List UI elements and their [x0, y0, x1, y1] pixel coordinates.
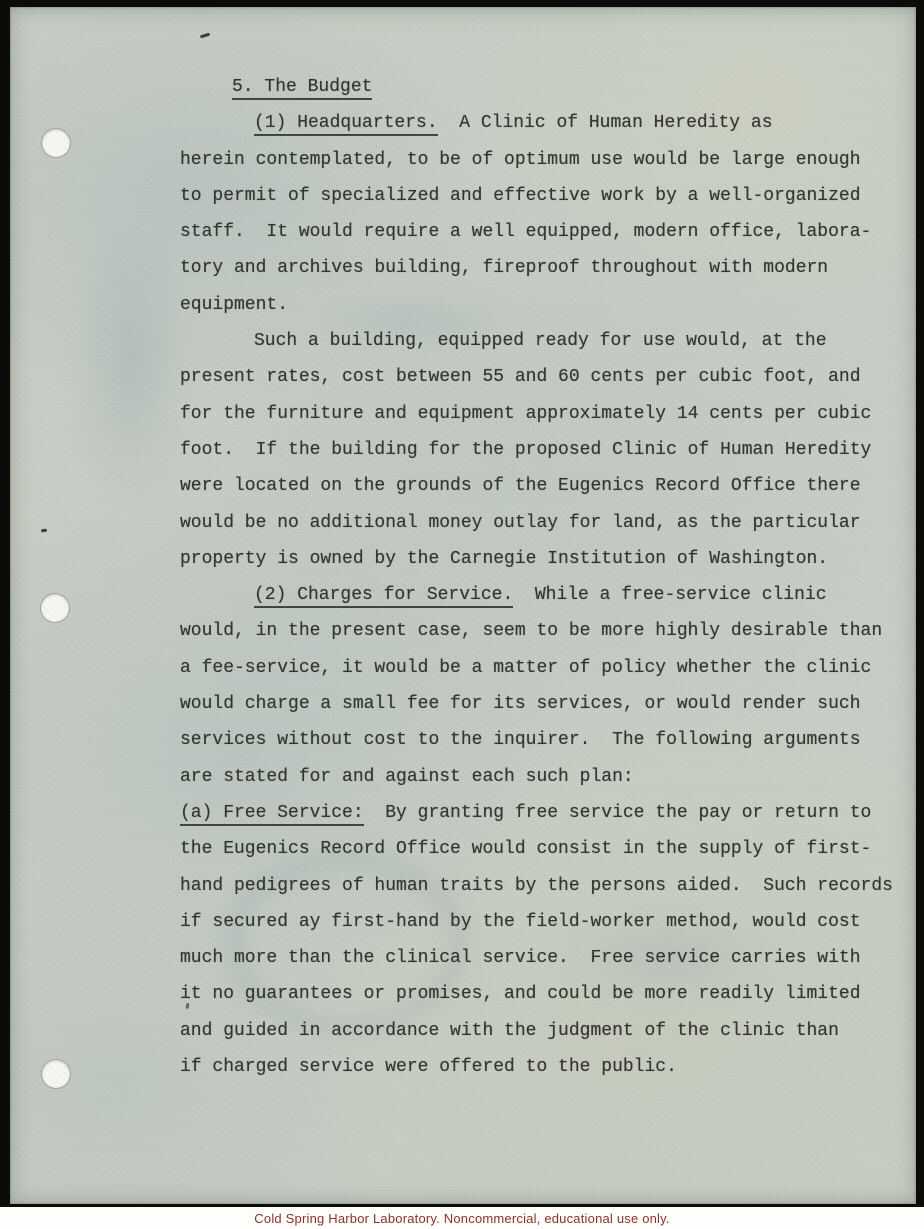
typed-line: for the furniture and equipment approxim… — [180, 396, 916, 432]
typed-line: would, in the present case, seem to be m… — [180, 613, 916, 649]
typed-line: equipment. — [180, 287, 916, 323]
underlined-heading: (1) Headquarters. — [254, 113, 438, 136]
typed-line: were located on the grounds of the Eugen… — [180, 468, 916, 504]
typed-line: staff. It would require a well equipped,… — [180, 214, 916, 250]
ink-speck — [200, 33, 210, 39]
typed-line: if charged service were offered to the p… — [180, 1049, 916, 1085]
typed-line: herein contemplated, to be of optimum us… — [180, 142, 916, 178]
typed-line: if secured ay first-hand by the field-wo… — [180, 904, 916, 940]
typed-line: services without cost to the inquirer. T… — [180, 722, 916, 758]
typed-line: property is owned by the Carnegie Instit… — [180, 541, 916, 577]
typed-line: Such a building, equipped ready for use … — [254, 323, 916, 359]
attribution-strip: Cold Spring Harbor Laboratory. Noncommer… — [0, 1207, 924, 1229]
underlined-heading: (a) Free Service: — [180, 803, 364, 826]
hole-punch — [42, 129, 70, 157]
scanned-page: 5. The Budget(1) Headquarters. A Clinic … — [10, 7, 916, 1204]
typed-line: (2) Charges for Service. While a free-se… — [254, 577, 916, 613]
typewritten-text-block: 5. The Budget(1) Headquarters. A Clinic … — [180, 69, 916, 1085]
ink-speck — [41, 529, 47, 533]
hole-punch — [42, 1060, 70, 1088]
underlined-heading: 5. The Budget — [232, 77, 372, 100]
typed-line: tory and archives building, fireproof th… — [180, 250, 916, 286]
typed-line: 5. The Budget — [232, 69, 916, 105]
typed-line: present rates, cost between 55 and 60 ce… — [180, 359, 916, 395]
typed-line: to permit of specialized and effective w… — [180, 178, 916, 214]
typed-line: the Eugenics Record Office would consist… — [180, 831, 916, 867]
typed-line: it no guarantees or promises, and could … — [180, 976, 916, 1012]
typed-line: are stated for and against each such pla… — [180, 759, 916, 795]
typed-line: would charge a small fee for its service… — [180, 686, 916, 722]
typed-line: (a) Free Service: By granting free servi… — [180, 795, 916, 831]
typed-line: and guided in accordance with the judgme… — [180, 1013, 916, 1049]
typed-line: hand pedigrees of human traits by the pe… — [180, 868, 916, 904]
typed-line: much more than the clinical service. Fre… — [180, 940, 916, 976]
typed-line: a fee-service, it would be a matter of p… — [180, 650, 916, 686]
typed-line: foot. If the building for the proposed C… — [180, 432, 916, 468]
underlined-heading: (2) Charges for Service. — [254, 585, 513, 608]
typed-line: would be no additional money outlay for … — [180, 505, 916, 541]
attribution-caption: Cold Spring Harbor Laboratory. Noncommer… — [254, 1211, 669, 1226]
hole-punch — [41, 594, 69, 622]
typed-line: (1) Headquarters. A Clinic of Human Here… — [254, 105, 916, 141]
